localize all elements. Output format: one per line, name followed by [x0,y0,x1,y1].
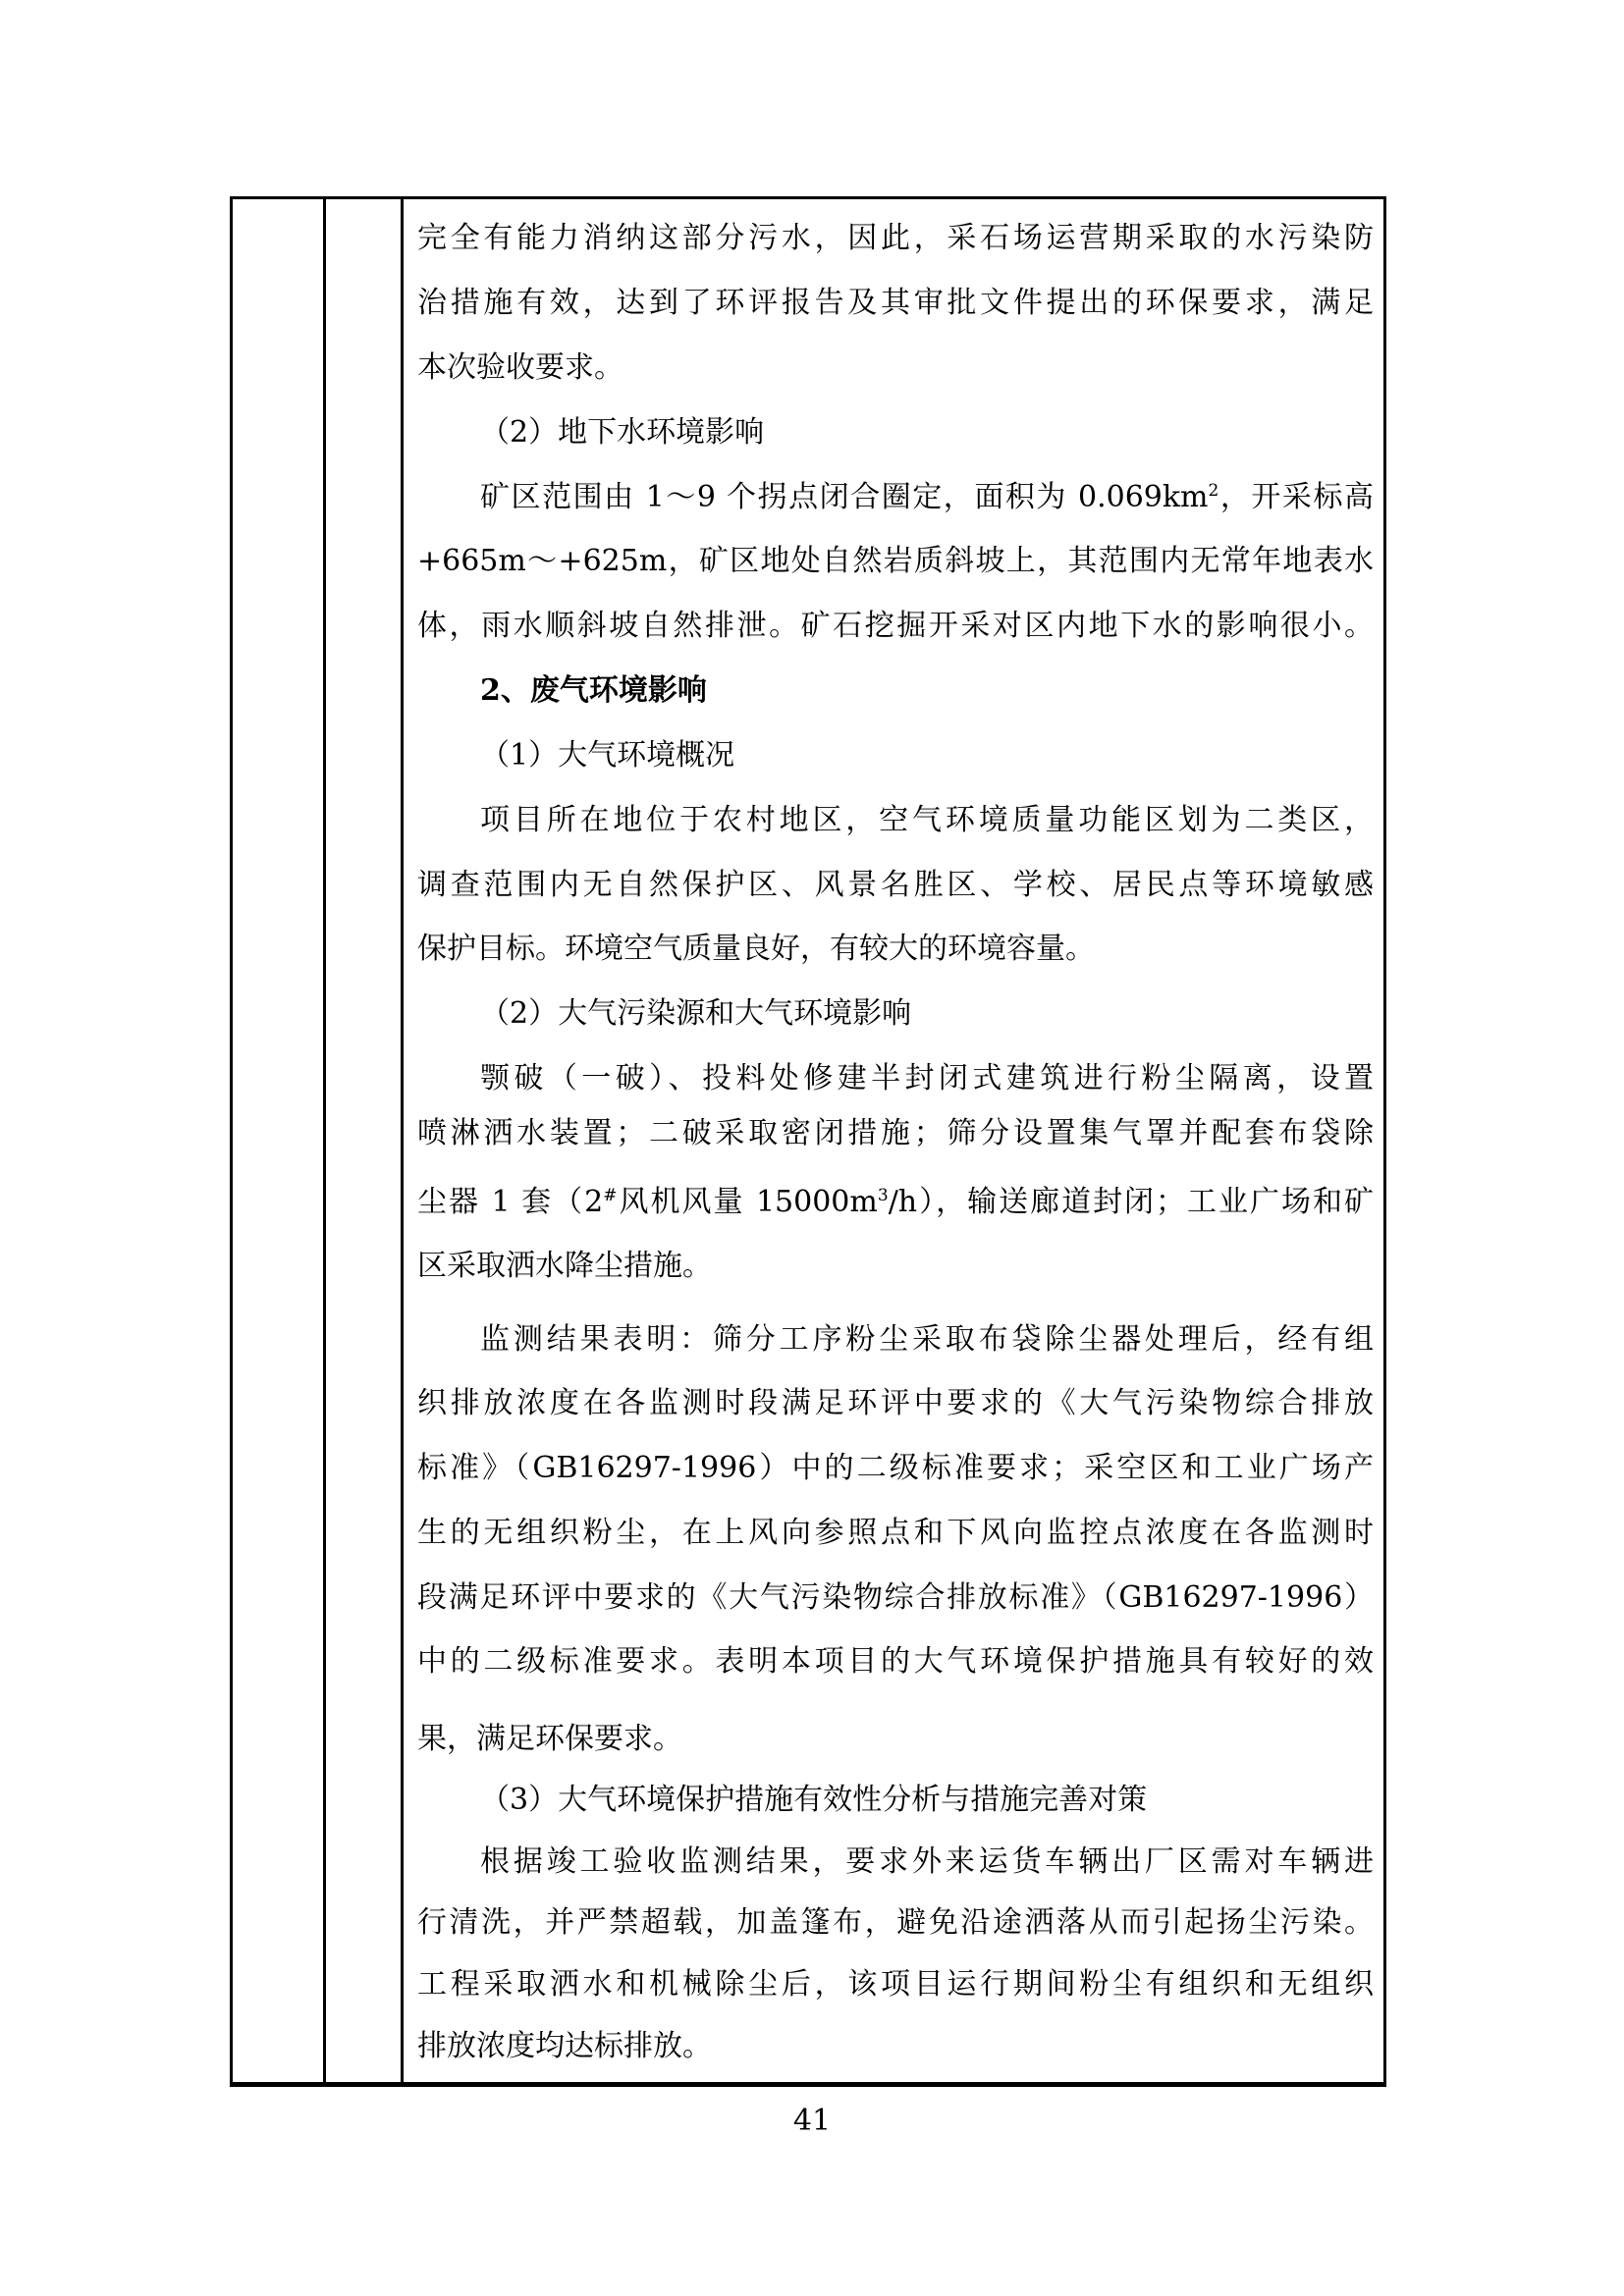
subsection-heading-atmosphere-overview: （1）大气环境概况 [417,736,1374,775]
subsection-heading-pollution-sources: （2）大气污染源和大气环境影响 [417,994,1374,1034]
superscript: 3 [878,1186,889,1205]
paragraph-line: 标准》（GB16297-1996）中的二级标准要求；采空区和工业广场产 [417,1449,1374,1488]
paragraph-line: 调查范围内无自然保护区、风景名胜区、学校、居民点等环境敏感 [417,866,1374,905]
table-column-divider-2 [401,199,404,2082]
paragraph-line: 中的二级标准要求。表明本项目的大气环境保护措施具有较好的效 [417,1642,1374,1682]
paragraph-line: 工程采取洒水和机械除尘后，该项目运行期间粉尘有组织和无组织 [417,1965,1374,2004]
superscript: # [603,1186,617,1205]
paragraph-line: 生的无组织粉尘，在上风向参照点和下风向监控点浓度在各监测时 [417,1514,1374,1553]
section-heading-exhaust-gas: 2、废气环境影响 [417,671,1374,711]
paragraph-line: 监测结果表明：筛分工序粉尘采取布袋除尘器处理后，经有组 [417,1320,1374,1360]
text-run: /h），输送廊道封闭；工业广场和矿 [889,1185,1374,1219]
superscript: 2 [1209,481,1219,501]
paragraph-line: 喷淋洒水装置；二破采取密闭措施；筛分设置集气罩并配套布袋除 [417,1114,1374,1153]
table-column-divider-1 [323,199,326,2082]
text-run: ，开采标高 [1218,480,1374,514]
paragraph-line: 排放浓度均达标排放。 [417,2027,1374,2066]
paragraph-line: 尘器 1 套（2#风机风量 15000m3/h），输送廊道封闭；工业广场和矿 [417,1183,1374,1222]
paragraph-line: 颚破（一破）、投料处修建半封闭式建筑进行粉尘隔离，设置 [417,1059,1374,1098]
paragraph-line: +665m～+625m，矿区地处自然岩质斜坡上，其范围内无常年地表水 [417,542,1374,581]
paragraph-line: 矿区范围由 1～9 个拐点闭合圈定，面积为 0.069km2，开采标高 [417,478,1374,517]
text-run: 尘器 1 套（2 [417,1185,603,1219]
paragraph-line: 区采取洒水降尘措施。 [417,1247,1374,1286]
paragraph-line: 完全有能力消纳这部分污水，因此，采石场运营期采取的水污染防 [417,219,1374,258]
paragraph-line: 保护目标。环境空气质量良好，有较大的环境容量。 [417,930,1374,969]
subsection-heading-groundwater: （2）地下水环境影响 [417,413,1374,453]
subsection-heading-protection-measures: （3）大气环境保护措施有效性分析与措施完善对策 [417,1781,1374,1820]
paragraph-line: 本次验收要求。 [417,348,1374,388]
text-run: 矿区范围由 1～9 个拐点闭合圈定，面积为 0.069km [480,480,1209,514]
paragraph-line: 果，满足环保要求。 [417,1720,1374,1759]
paragraph-line: 根据竣工验收监测结果，要求外来运货车辆出厂区需对车辆进 [417,1842,1374,1882]
paragraph-line: 项目所在地位于农村地区，空气环境质量功能区划为二类区， [417,801,1374,840]
paragraph-line: 织排放浓度在各监测时段满足环评中要求的《大气污染物综合排放 [417,1384,1374,1423]
paragraph-line: 治措施有效，达到了环评报告及其审批文件提出的环保要求，满足 [417,284,1374,323]
paragraph-line: 段满足环评中要求的《大气污染物综合排放标准》（GB16297-1996） [417,1578,1374,1618]
text-run: 风机风量 15000m [617,1185,877,1219]
paragraph-line: 行清洗，并严禁超载，加盖篷布，避免沿途洒落从而引起扬尘污染。 [417,1903,1374,1943]
paragraph-line: 体，雨水顺斜坡自然排泄。矿石挖掘开采对区内地下水的影响很小。 [417,607,1374,646]
page-number: 41 [0,2104,1624,2139]
